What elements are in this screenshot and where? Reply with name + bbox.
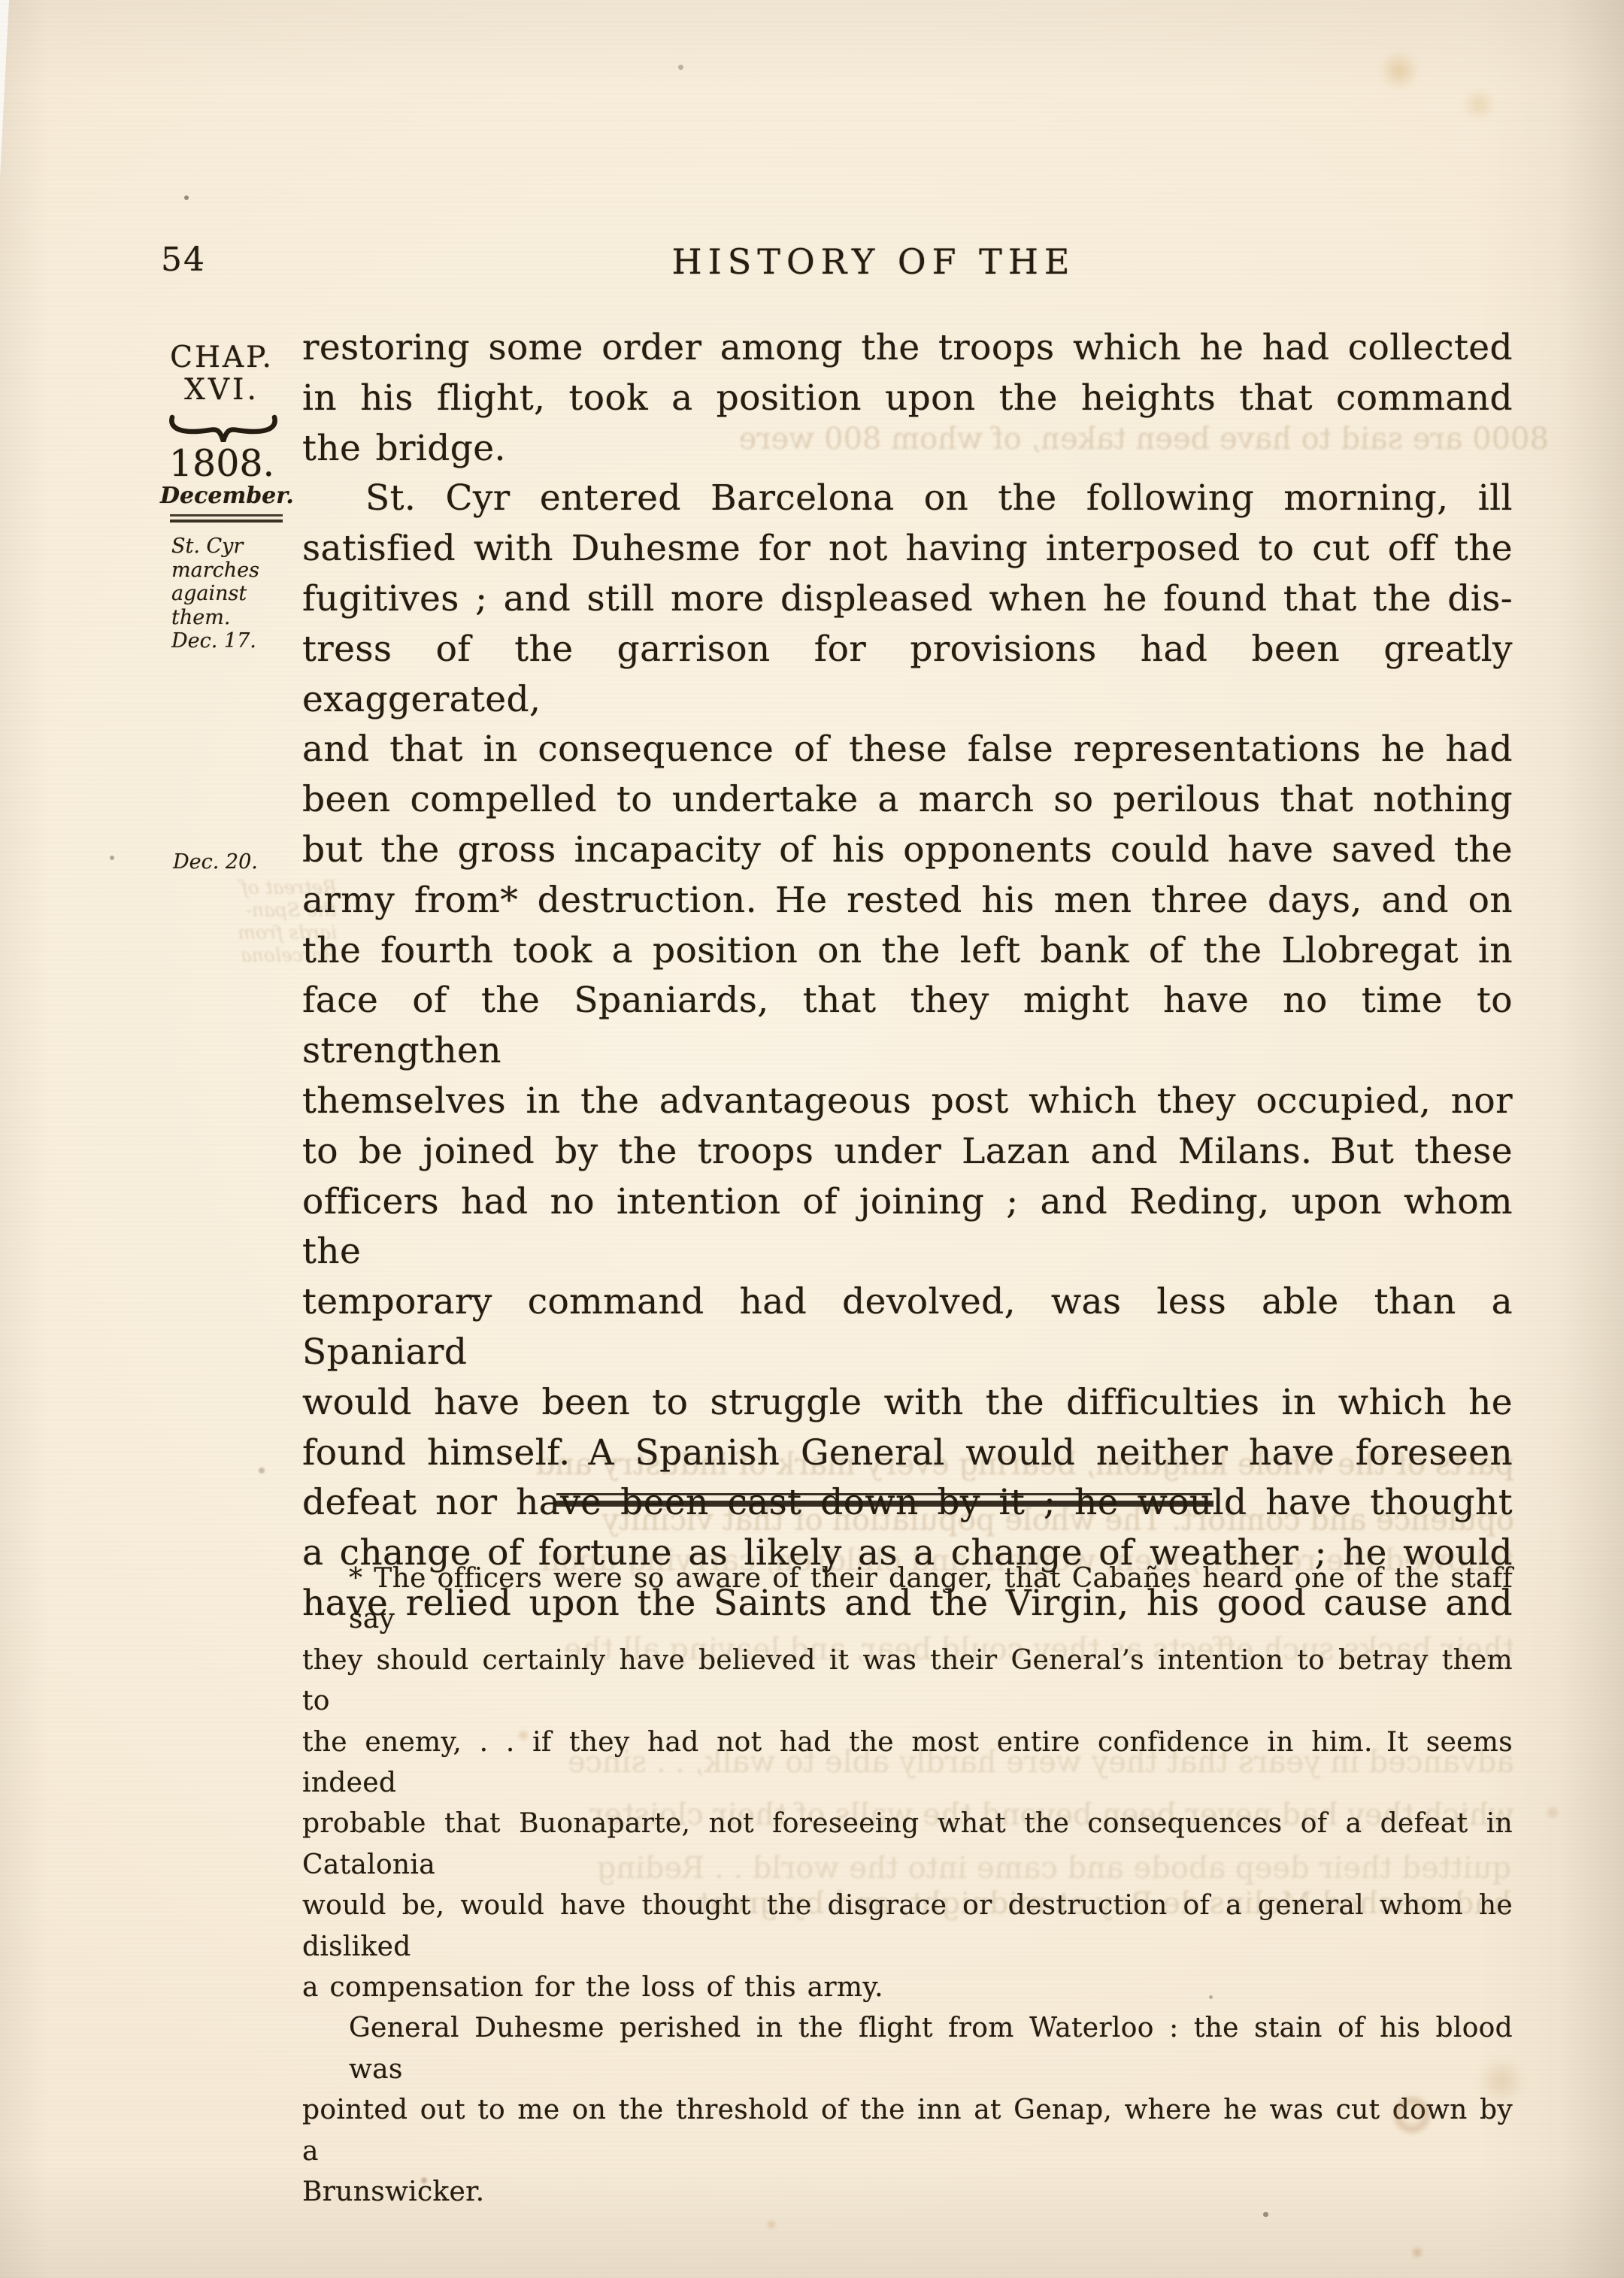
body-line: to be joined by the troops under Lazan a… <box>302 1127 1513 1177</box>
footnote-line: a compensation for the loss of this army… <box>302 1968 1513 2008</box>
body-line: army from* destruction. He rested his me… <box>302 876 1513 926</box>
footnote-line: the enemy, . . if they had not had the m… <box>302 1722 1513 1804</box>
body-line: tress of the garrison for provisions had… <box>302 625 1513 726</box>
footnote-line: Brunswicker. <box>302 2172 1513 2213</box>
margin-side-note: St. Cyr marches against them. Dec. 17. <box>171 535 296 653</box>
body-line: fugitives ; and still more displeased wh… <box>302 574 1513 625</box>
page-number: 54 <box>161 241 206 279</box>
footnote-line: probable that Buonaparte, not foreseeing… <box>302 1804 1513 1886</box>
scan-edge-sliver <box>0 0 9 177</box>
body-line: themselves in the advantageous post whic… <box>302 1077 1513 1127</box>
foxing-spot <box>765 2219 777 2230</box>
running-header: HISTORY OF THE <box>302 241 1445 282</box>
side-note-line: against <box>171 582 296 606</box>
foxing-spot <box>1410 2246 1424 2258</box>
footnote-line: * The officers were so aware of their da… <box>302 1559 1513 1640</box>
body-line: officers had no intention of joining ; a… <box>302 1177 1513 1278</box>
margin-chapter-number: XVI. <box>160 375 283 404</box>
footnote-separator-rule <box>556 1493 1212 1495</box>
margin-month-note: December. <box>160 485 283 507</box>
body-line: restoring some order among the troops wh… <box>302 323 1513 374</box>
book-page: 8000 are said to have been taken, of who… <box>0 0 1624 2278</box>
month-underline <box>170 514 283 516</box>
side-note-line: Dec. 17. <box>171 629 296 653</box>
body-line: would have been to struggle with the dif… <box>302 1378 1513 1428</box>
chapter-brace-icon <box>167 410 280 442</box>
foxing-spot <box>259 1468 265 1474</box>
footnote-line: they should certainly have believed it w… <box>302 1640 1513 1722</box>
body-line: but the gross incapacity of his opponent… <box>302 825 1513 876</box>
body-line: temporary command had devolved, was less… <box>302 1277 1513 1378</box>
side-note-line: marches <box>171 559 296 583</box>
foxing-spot <box>110 856 114 860</box>
foxing-spot <box>678 65 683 70</box>
margin-year-note: 1808. <box>160 445 283 482</box>
footnote-block: * The officers were so aware of their da… <box>302 1559 1513 2213</box>
body-line: the bridge. <box>302 424 1513 474</box>
margin-chapter-label: CHAP. <box>160 343 283 372</box>
margin-date-note: Dec. 20. <box>173 852 258 872</box>
body-line: St. Cyr entered Barcelona on the followi… <box>302 474 1513 524</box>
foxing-spot <box>184 195 189 200</box>
foxing-spot <box>1462 89 1496 120</box>
footnote-separator-rule <box>555 1501 1213 1507</box>
footnote-line: would be, would have thought the disgrac… <box>302 1886 1513 1968</box>
month-underline <box>170 520 283 523</box>
side-note-line: them. <box>171 606 296 630</box>
body-line: in his flight, took a position upon the … <box>302 374 1513 424</box>
foxing-spot <box>1547 1807 1558 1818</box>
body-text: restoring some order among the troops wh… <box>302 323 1513 1629</box>
body-line: found himself. A Spanish General would n… <box>302 1428 1513 1479</box>
body-line: the fourth took a position on the left b… <box>302 926 1513 977</box>
footnote-line: pointed out to me on the threshold of th… <box>302 2090 1513 2172</box>
body-line: face of the Spaniards, that they might h… <box>302 976 1513 1077</box>
body-line: been compelled to undertake a march so p… <box>302 775 1513 825</box>
footnote-line: General Duhesme perished in the flight f… <box>302 2008 1513 2090</box>
foxing-spot <box>1377 51 1421 90</box>
body-line: and that in consequence of these false r… <box>302 725 1513 775</box>
side-note-line: St. Cyr <box>171 535 296 559</box>
body-line: satisfied with Duhesme for not having in… <box>302 524 1513 574</box>
